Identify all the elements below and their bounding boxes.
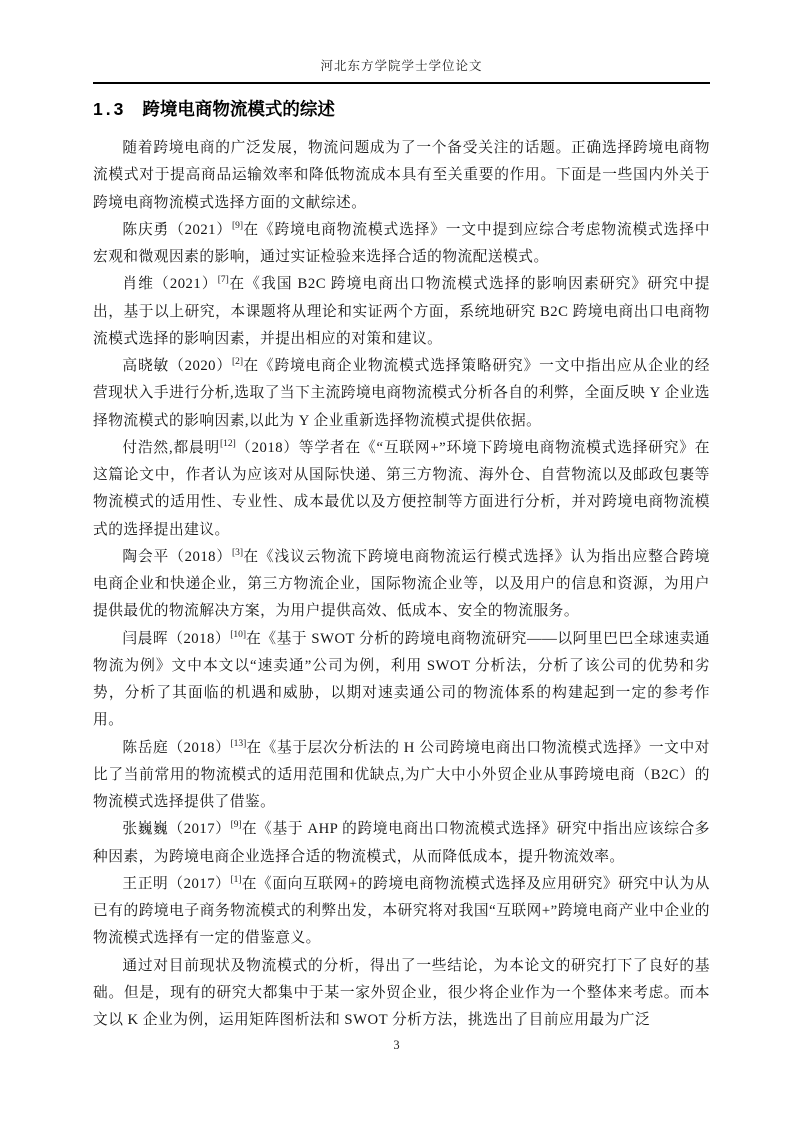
page-header: 河北东方学院学士学位论文	[93, 0, 710, 84]
citation-superscript: [12]	[220, 439, 236, 449]
section-title: 跨境电商物流模式的综述	[142, 99, 335, 119]
document-body: 随着跨境电商的广泛发展，物流问题成为了一个备受关注的话题。正确选择跨境电商物流模…	[93, 135, 710, 1034]
citation-superscript: [9]	[231, 820, 242, 830]
paragraph: 随着跨境电商的广泛发展，物流问题成为了一个备受关注的话题。正确选择跨境电商物流模…	[93, 135, 710, 217]
citation-superscript: [7]	[218, 275, 229, 285]
header-rule	[93, 82, 710, 84]
paragraph: 张巍巍（2017）[9]在《基于 AHP 的跨境电商出口物流模式选择》研究中指出…	[93, 816, 710, 871]
paragraph: 王正明（2017）[1]在《面向互联网+的跨境电商物流模式选择及应用研究》研究中…	[93, 871, 710, 953]
paragraph: 肖维（2021）[7]在《我国 B2C 跨境电商出口物流模式选择的影响因素研究》…	[93, 271, 710, 353]
citation-superscript: [2]	[232, 357, 243, 367]
section-number: 1.3	[93, 99, 126, 119]
thesis-page: 河北东方学院学士学位论文 1.3跨境电商物流模式的综述 随着跨境电商的广泛发展，…	[0, 0, 793, 1122]
paragraph: 高晓敏（2020）[2]在《跨境电商企业物流模式选择策略研究》一文中指出应从企业…	[93, 353, 710, 435]
page-number: 3	[393, 1038, 399, 1052]
paragraph: 闫晨晖（2018）[10]在《基于 SWOT 分析的跨境电商物流研究——以阿里巴…	[93, 626, 710, 735]
page-footer: 3	[0, 1038, 793, 1053]
paragraph: 通过对目前现状及物流模式的分析，得出了一些结论，为本论文的研究打下了良好的基础。…	[93, 953, 710, 1035]
citation-superscript: [1]	[230, 875, 241, 885]
section-heading: 1.3跨境电商物流模式的综述	[93, 96, 710, 122]
citation-superscript: [3]	[232, 548, 243, 558]
page-content: 河北东方学院学士学位论文 1.3跨境电商物流模式的综述 随着跨境电商的广泛发展，…	[0, 0, 793, 1034]
citation-superscript: [13]	[230, 739, 246, 749]
citation-superscript: [9]	[232, 221, 243, 231]
paragraph: 陈岳庭（2018）[13]在《基于层次分析法的 H 公司跨境电商出口物流模式选择…	[93, 735, 710, 817]
running-title: 河北东方学院学士学位论文	[93, 0, 710, 74]
paragraph: 付浩然,都晨明[12]（2018）等学者在《“互联网+”环境下跨境电商物流模式选…	[93, 435, 710, 544]
citation-superscript: [10]	[230, 630, 246, 640]
paragraph: 陶会平（2018）[3]在《浅议云物流下跨境电商物流运行模式选择》认为指出应整合…	[93, 544, 710, 626]
paragraph: 陈庆勇（2021）[9]在《跨境电商物流模式选择》一文中提到应综合考虑物流模式选…	[93, 217, 710, 272]
